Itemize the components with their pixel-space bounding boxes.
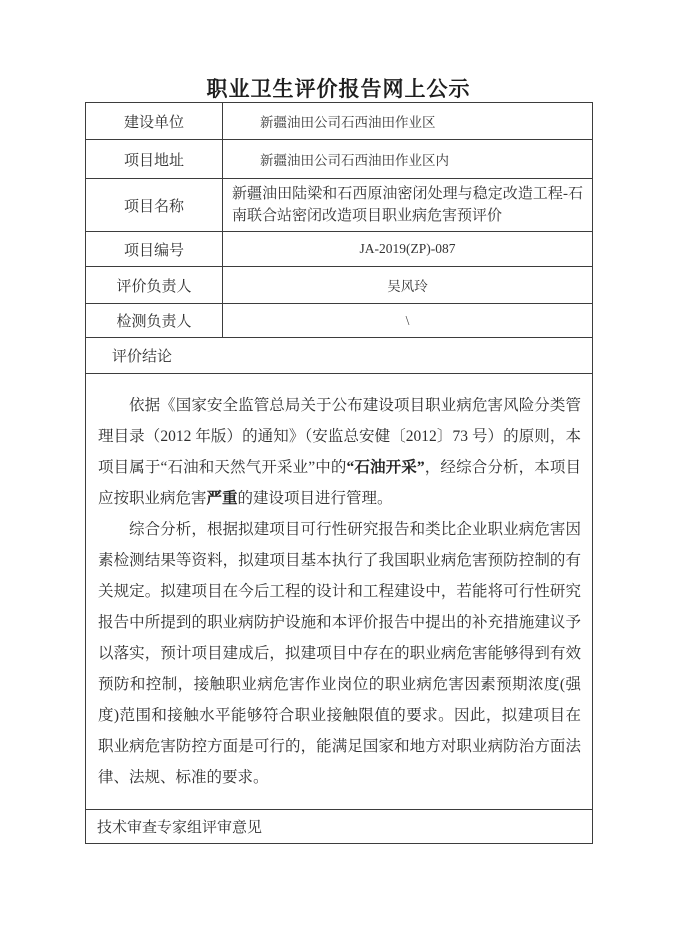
table-row-testing-leader: 检测负责人 \ [86,304,593,338]
page-title: 职业卫生评价报告网上公示 [85,73,592,103]
field-value-project-address: 新疆油田公司石西油田作业区内 [223,140,593,179]
field-label-project-address: 项目地址 [86,140,223,179]
field-value-testing-leader: \ [223,304,593,338]
conclusion-paragraphs: 依据《国家安全监管总局关于公布建设项目职业病危害风险分类管理目录（2012 年版… [86,374,593,810]
table-row-project-name: 项目名称 新疆油田陆梁和石西原油密闭处理与稳定改造工程-石南联合站密闭改造项目职… [86,179,593,232]
field-value-project-name: 新疆油田陆梁和石西原油密闭处理与稳定改造工程-石南联合站密闭改造项目职业病危害预… [223,179,593,232]
field-label-construction-unit: 建设单位 [86,103,223,140]
conclusion-paragraph: 依据《国家安全监管总局关于公布建设项目职业病危害风险分类管理目录（2012 年版… [98,390,581,514]
table-row-conclusion-body: 依据《国家安全监管总局关于公布建设项目职业病危害风险分类管理目录（2012 年版… [86,374,593,810]
table-row-construction-unit: 建设单位 新疆油田公司石西油田作业区 [86,103,593,140]
field-label-project-name: 项目名称 [86,179,223,232]
table-row-evaluation-leader: 评价负责人 吴风玲 [86,267,593,304]
table-row-conclusion-label: 评价结论 [86,338,593,374]
field-value-construction-unit: 新疆油田公司石西油田作业区 [223,103,593,140]
field-value-project-number: JA-2019(ZP)-087 [223,232,593,267]
field-label-evaluation-leader: 评价负责人 [86,267,223,304]
field-value-evaluation-leader: 吴风玲 [223,267,593,304]
table-row-expert-review: 技术审查专家组评审意见 [86,810,593,844]
publicity-table: 建设单位 新疆油田公司石西油田作业区 项目地址 新疆油田公司石西油田作业区内 项… [85,102,593,844]
conclusion-label: 评价结论 [86,338,593,374]
conclusion-paragraph: 综合分析，根据拟建项目可行性研究报告和类比企业职业病危害因素检测结果等资料，拟建… [98,514,581,793]
field-label-project-number: 项目编号 [86,232,223,267]
expert-review-label: 技术审查专家组评审意见 [86,810,593,844]
field-label-testing-leader: 检测负责人 [86,304,223,338]
table-row-project-number: 项目编号 JA-2019(ZP)-087 [86,232,593,267]
table-row-project-address: 项目地址 新疆油田公司石西油田作业区内 [86,140,593,179]
